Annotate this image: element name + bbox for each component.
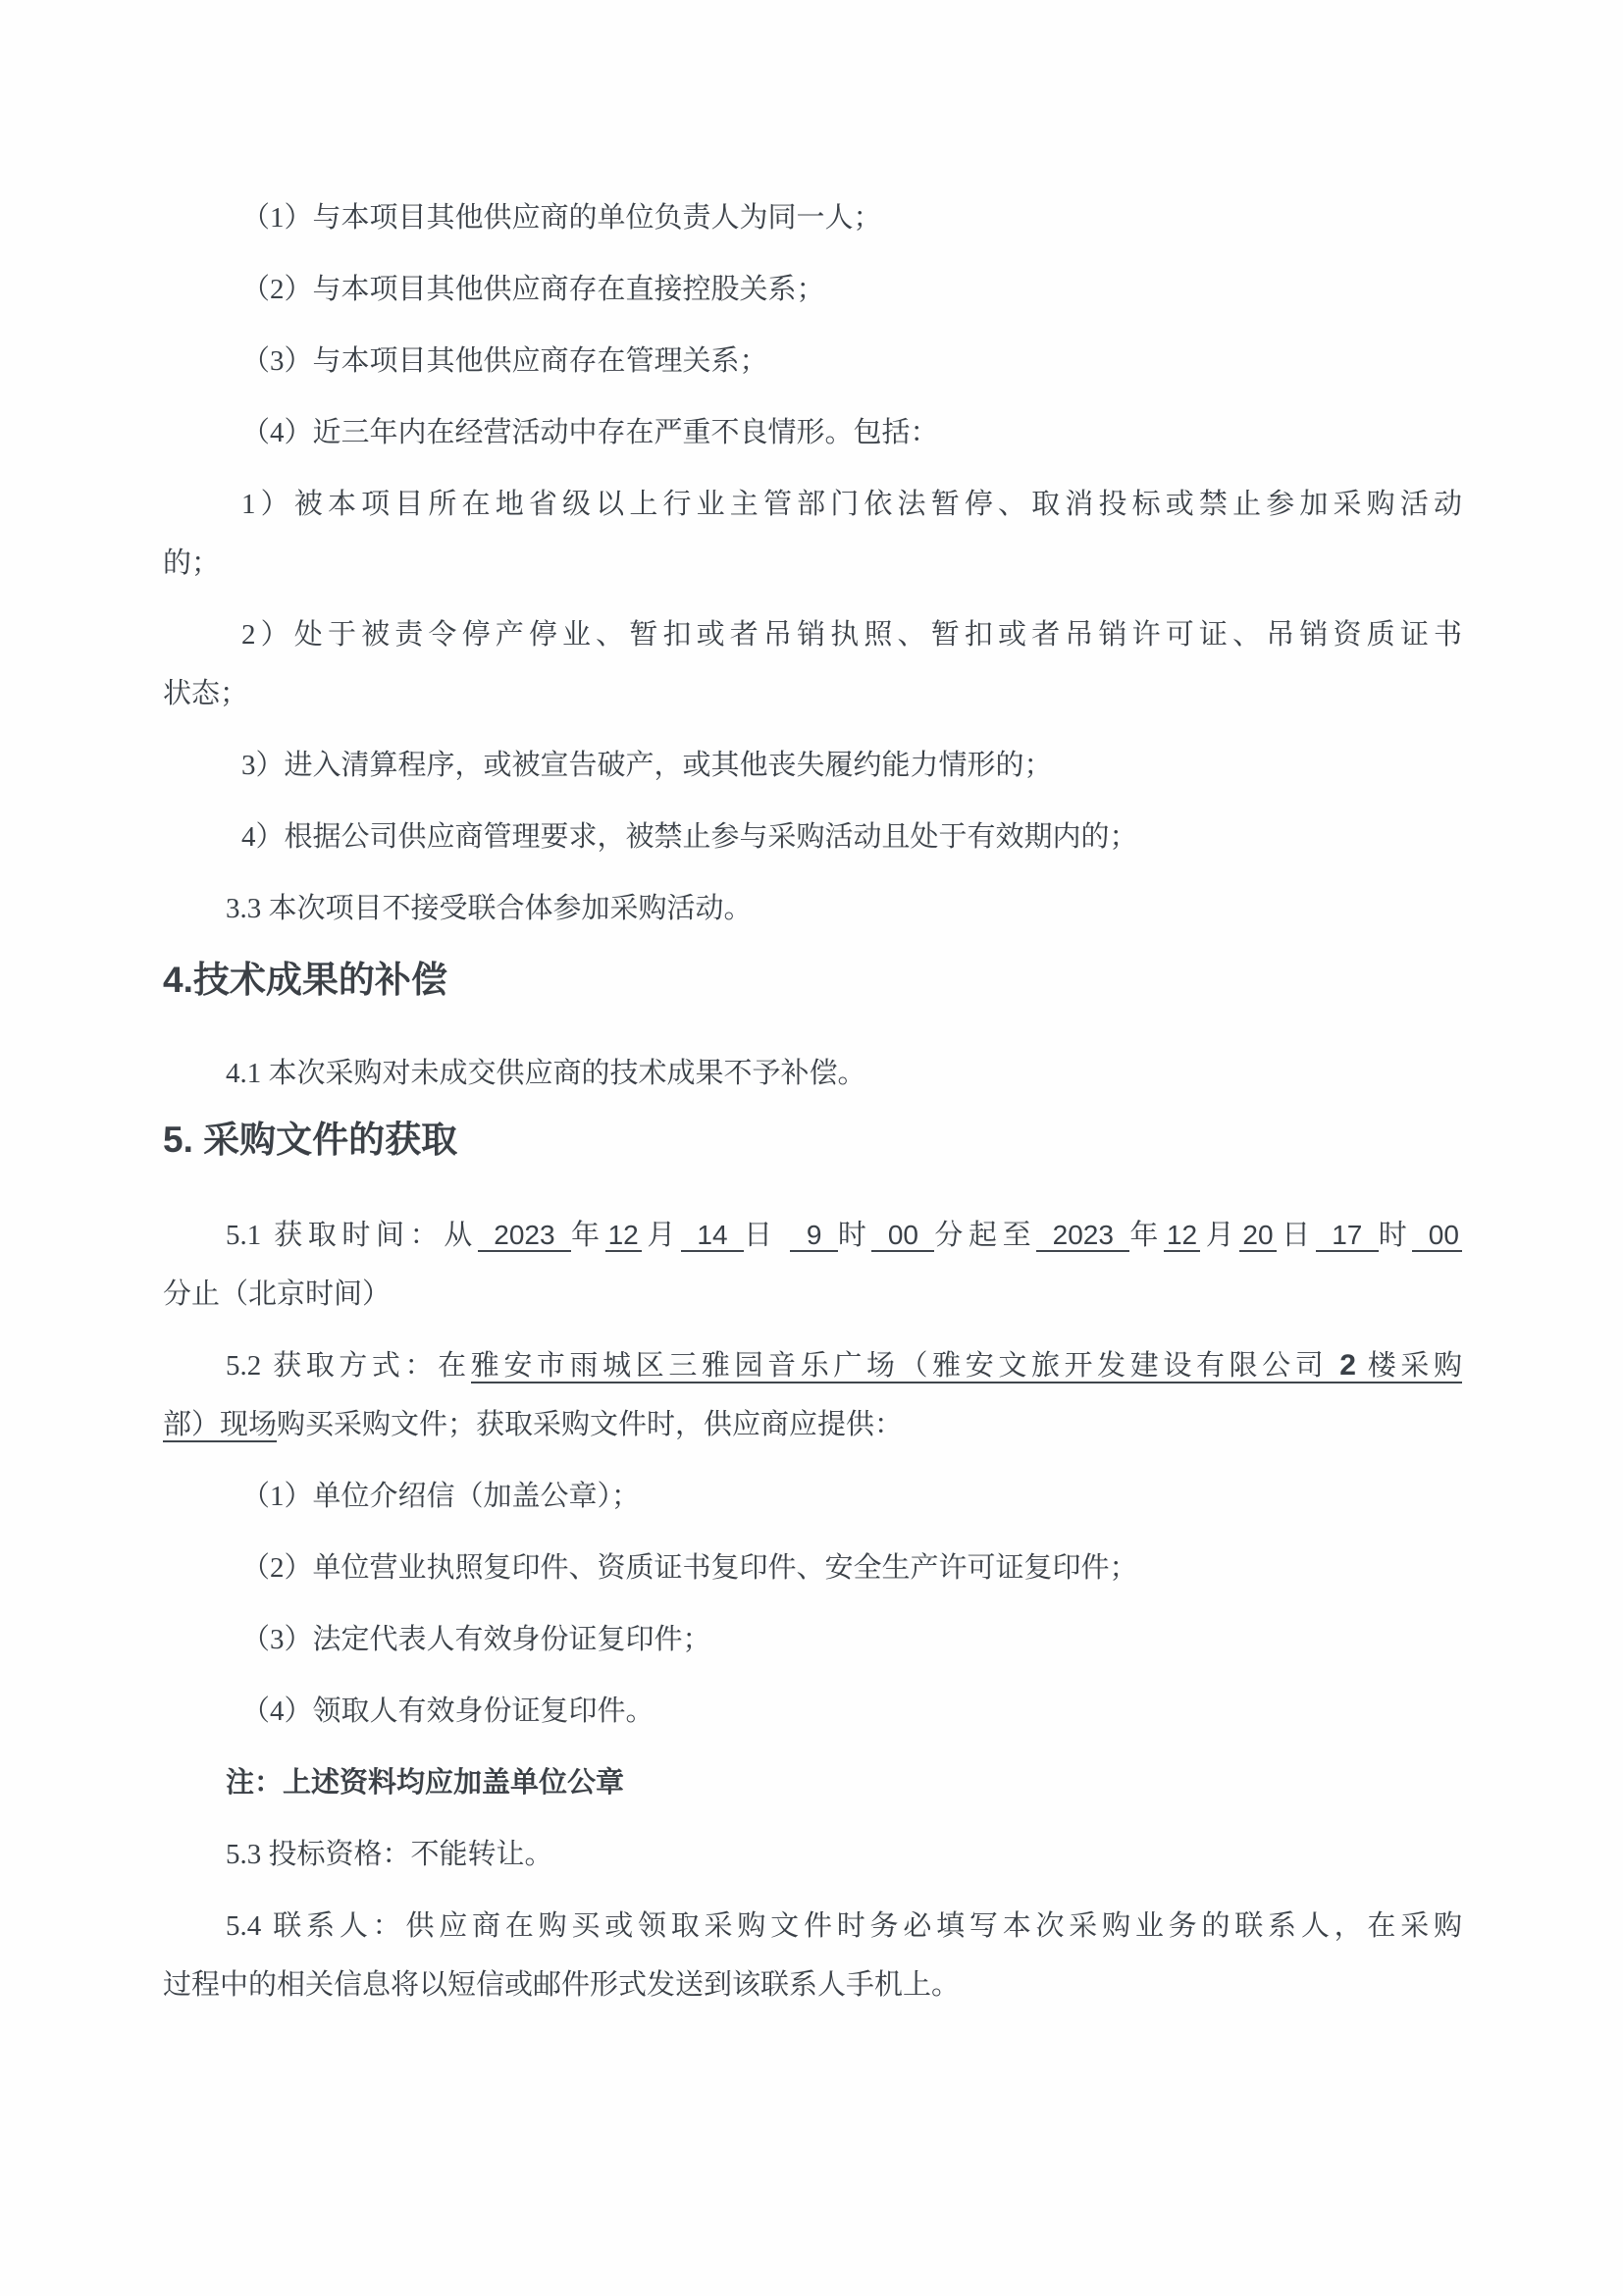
clause-5-2-rest: 购买采购文件；获取采购文件时，供应商应提供： — [277, 1409, 903, 1440]
provide-item-2: （2）单位营业执照复印件、资质证书复印件、安全生产许可证复印件； — [163, 1539, 1462, 1597]
condition-item-4: （4）近三年内在经营活动中存在严重不良情形。包括： — [163, 403, 1462, 462]
bad-record-item-1: 1）被本项目所在地省级以上行业主管部门依法暂停、取消投标或禁止参加采购活动 的； — [163, 475, 1462, 593]
label-year-1: 年 — [571, 1220, 605, 1251]
address-floor-number: 2 — [1339, 1349, 1356, 1382]
blank-from-month: 12 — [605, 1220, 642, 1252]
provide-item-4: （4）领取人有效身份证复印件。 — [163, 1682, 1462, 1741]
clause-5-1: 5.1 获取时间：从 2023 年12月 14 日 9 时 00 分起至 202… — [163, 1206, 1462, 1324]
clause-5-4-line1: 5.4 联系人：供应商在购买或领取采购文件时务必填写本次采购业务的联系人，在采购 — [163, 1897, 1462, 1956]
bad-record-item-2: 2）处于被责令停产停业、暂扣或者吊销执照、暂扣或者吊销许可证、吊销资质证书 状态… — [163, 605, 1462, 723]
blank-to-minute: 00 — [1412, 1220, 1462, 1252]
clause-5-2: 5.2 获取方式：在雅安市雨城区三雅园音乐广场（雅安文旅开发建设有限公司 2 楼… — [163, 1336, 1462, 1454]
provide-item-1: （1）单位介绍信（加盖公章）； — [163, 1467, 1462, 1526]
blank-from-day: 14 — [681, 1220, 744, 1252]
section-heading-5: 5. 采购文件的获取 — [163, 1116, 1462, 1165]
bad-record-item-1-line1: 1）被本项目所在地省级以上行业主管部门依法暂停、取消投标或禁止参加采购活动 — [163, 475, 1462, 534]
blank-from-year: 2023 — [478, 1220, 571, 1252]
provide-item-3: （3）法定代表人有效身份证复印件； — [163, 1610, 1462, 1669]
blank-to-hour: 17 — [1316, 1220, 1379, 1252]
condition-item-3: （3）与本项目其他供应商存在管理关系； — [163, 332, 1462, 391]
blank-to-day: 20 — [1239, 1220, 1276, 1252]
bad-record-item-1-line2: 的； — [163, 534, 1462, 593]
clause-5-4-line2: 过程中的相关信息将以短信或邮件形式发送到该联系人手机上。 — [163, 1956, 1462, 2014]
clause-5-1-line2: 分止（北京时间） — [163, 1265, 1462, 1324]
blank-from-hour: 9 — [790, 1220, 837, 1252]
bad-record-item-4: 4）根据公司供应商管理要求，被禁止参与采购活动且处于有效期内的； — [163, 808, 1462, 866]
clause-3-3: 3.3 本次项目不接受联合体参加采购活动。 — [163, 879, 1462, 938]
blank-from-minute: 00 — [871, 1220, 934, 1252]
clause-5-2-line1: 5.2 获取方式：在雅安市雨城区三雅园音乐广场（雅安文旅开发建设有限公司 2 楼… — [163, 1336, 1462, 1395]
condition-item-1: （1）与本项目其他供应商的单位负责人为同一人； — [163, 188, 1462, 247]
label-day-1: 日 — [744, 1220, 791, 1251]
address-part-2: 楼采购 — [1356, 1350, 1462, 1382]
section-heading-4: 4.技术成果的补偿 — [163, 956, 1462, 1005]
label-month-1: 月 — [642, 1220, 681, 1251]
label-month-2: 月 — [1200, 1220, 1239, 1251]
bad-record-item-3: 3）进入清算程序，或被宣告破产，或其他丧失履约能力情形的； — [163, 736, 1462, 795]
clause-5-4: 5.4 联系人：供应商在购买或领取采购文件时务必填写本次采购业务的联系人，在采购… — [163, 1897, 1462, 2014]
clause-5-3: 5.3 投标资格：不能转让。 — [163, 1825, 1462, 1884]
clause-5-1-line1: 5.1 获取时间：从 2023 年12月 14 日 9 时 00 分起至 202… — [163, 1206, 1462, 1265]
clause-5-2-line2: 部）现场购买采购文件；获取采购文件时，供应商应提供： — [163, 1395, 1462, 1454]
address-part-1: 雅安市雨城区三雅园音乐广场（雅安文旅开发建设有限公司 — [471, 1350, 1340, 1382]
bad-record-item-2-line2: 状态； — [163, 664, 1462, 723]
note-stamp-requirement: 注：上述资料均应加盖单位公章 — [163, 1753, 1462, 1812]
bad-record-item-2-line1: 2）处于被责令停产停业、暂扣或者吊销执照、暂扣或者吊销许可证、吊销资质证书 — [163, 605, 1462, 664]
condition-item-2: （2）与本项目其他供应商存在直接控股关系； — [163, 260, 1462, 319]
label-minute-until: 分起至 — [934, 1220, 1036, 1251]
clause-5-2-lead: 5.2 获取方式：在 — [226, 1350, 471, 1382]
label-year-2: 年 — [1129, 1220, 1164, 1251]
blank-to-year: 2023 — [1036, 1220, 1129, 1252]
blank-to-month: 12 — [1164, 1220, 1200, 1252]
clause-4-1: 4.1 本次采购对未成交供应商的技术成果不予补偿。 — [163, 1044, 1462, 1103]
address-underlined-continuation: 部）现场 — [163, 1409, 277, 1442]
clause-5-1-lead: 5.1 获取时间：从 — [226, 1220, 478, 1251]
label-hour-1: 时 — [838, 1220, 872, 1251]
address-underlined: 雅安市雨城区三雅园音乐广场（雅安文旅开发建设有限公司 2 楼采购 — [471, 1350, 1462, 1383]
document-page: （1）与本项目其他供应商的单位负责人为同一人； （2）与本项目其他供应商存在直接… — [0, 0, 1623, 2296]
label-hour-2: 时 — [1379, 1220, 1413, 1251]
label-day-2: 日 — [1277, 1220, 1316, 1251]
